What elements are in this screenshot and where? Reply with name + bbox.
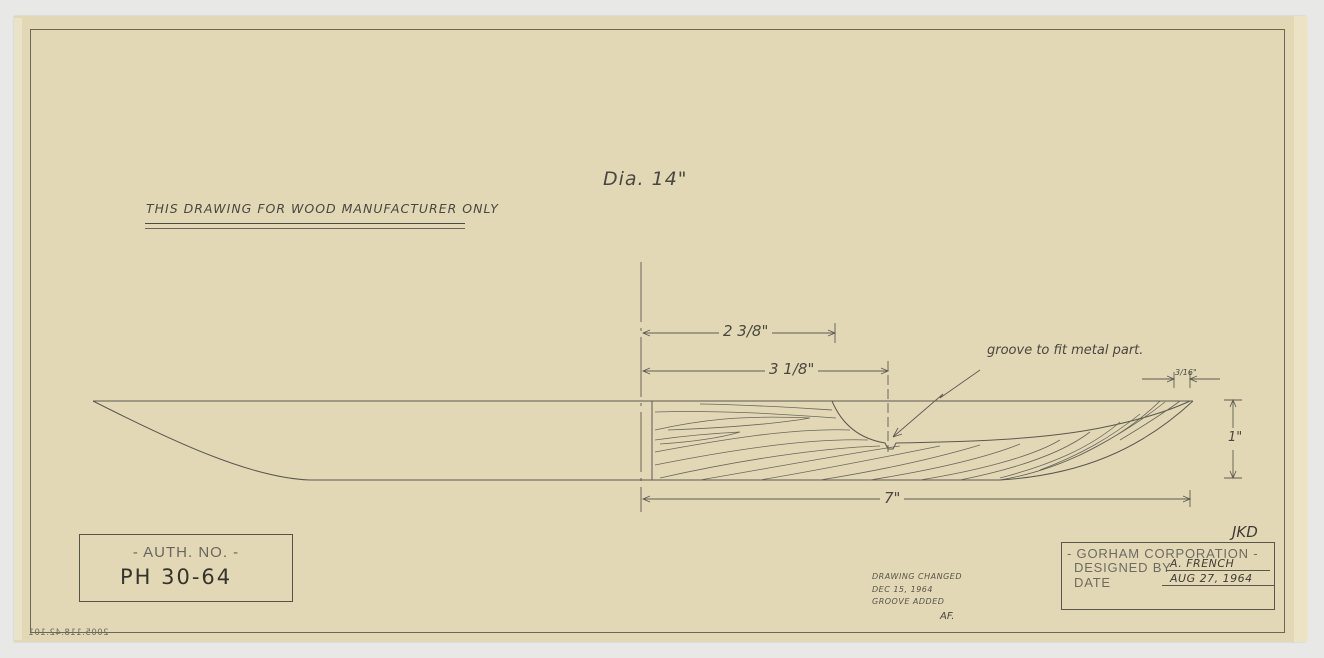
wood-manufacturer-note: THIS DRAWING FOR WOOD MANUFACTURER ONLY — [146, 201, 499, 216]
groove-leader-arrow — [893, 370, 980, 437]
dim-7: 7" — [880, 489, 904, 507]
change-line-2: DEC 15, 1964 — [872, 584, 962, 597]
designer-name: A. FRENCH — [1166, 557, 1270, 571]
change-initials: AF. — [940, 611, 954, 622]
title-block-stamp: - GORHAM CORPORATION - DESIGNED BY DATE … — [1061, 542, 1275, 610]
checker-initials: JKD — [1232, 523, 1258, 541]
dim-2-3-8: 2 3/8" — [719, 322, 772, 340]
diameter-title: Dia. 14" — [603, 168, 688, 190]
dim-3-16: 3/16" — [1175, 368, 1197, 377]
auth-label: - AUTH. NO. - — [80, 544, 292, 561]
dim-1-inch: 1" — [1228, 430, 1242, 445]
inner-bowl-curve — [832, 401, 1190, 449]
designed-by-label: DESIGNED BY — [1074, 560, 1172, 575]
note-underline — [145, 223, 465, 229]
wood-grain-hatching — [655, 401, 1180, 480]
accession-mark-mirrored: 2005.118.42.101 — [28, 628, 109, 638]
change-line-3: GROOVE ADDED — [872, 596, 962, 609]
change-line-1: DRAWING CHANGED — [872, 571, 962, 584]
drawing-change-note: DRAWING CHANGED DEC 15, 1964 GROOVE ADDE… — [872, 571, 962, 609]
auth-value: PH 30-64 — [120, 565, 232, 589]
left-profile-curve — [93, 401, 652, 480]
right-outer-curve — [1000, 401, 1193, 480]
groove-annotation: groove to fit metal part. — [987, 343, 1143, 358]
design-date: AUG 27, 1964 — [1162, 572, 1274, 586]
date-label: DATE — [1074, 575, 1111, 590]
auth-number-box: - AUTH. NO. - PH 30-64 — [79, 534, 293, 602]
dim-3-1-8: 3 1/8" — [765, 360, 818, 378]
